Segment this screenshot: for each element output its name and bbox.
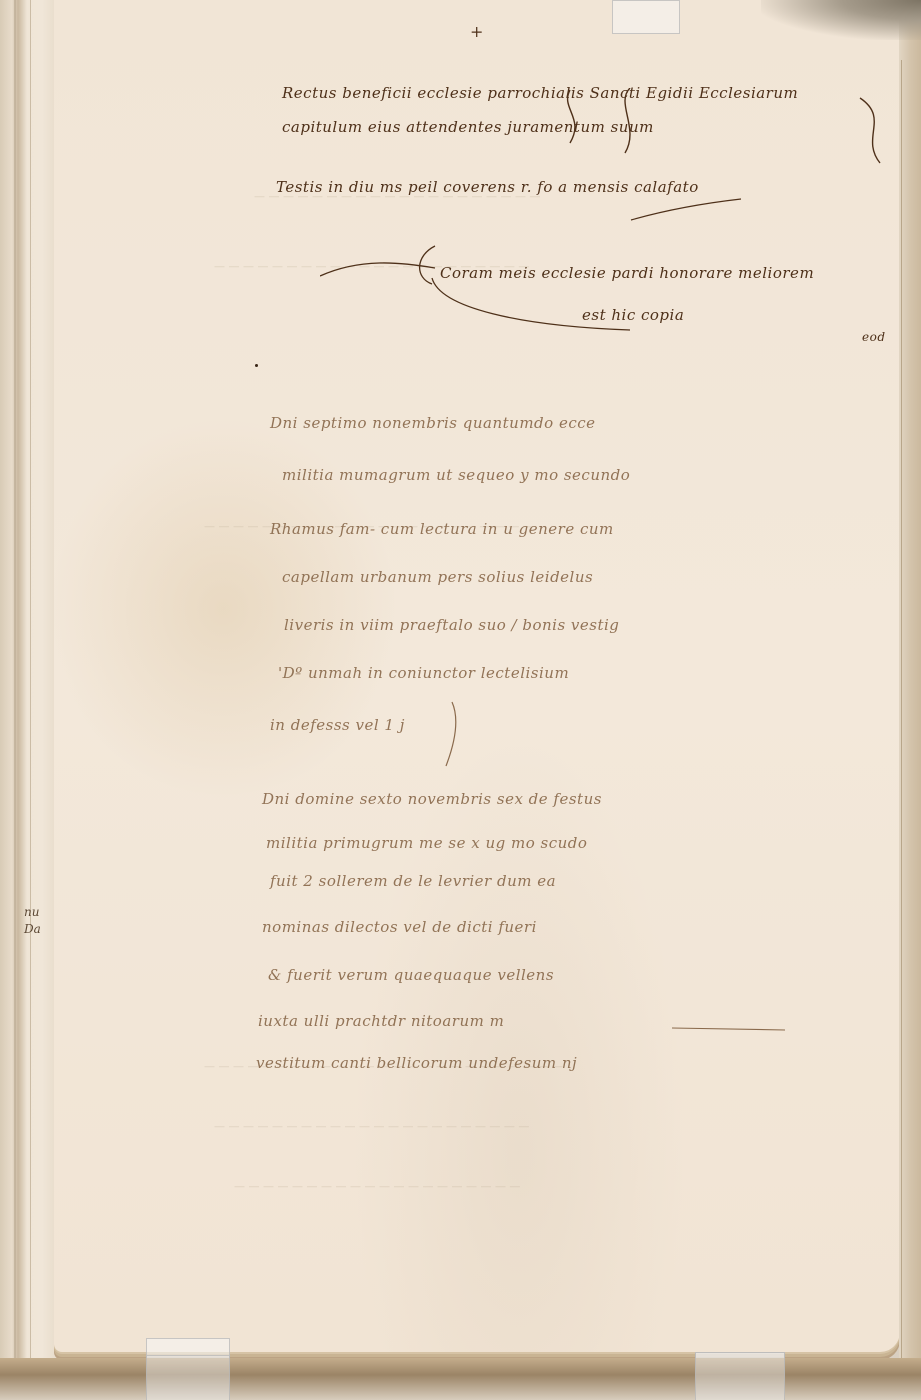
- cross-mark: +: [470, 22, 484, 41]
- bleed-through-text: — — — — — — — — — — — — — — — — — — — —: [234, 1180, 520, 1193]
- paragraph-2-line: vestitum canti bellicorum undefesum nj: [256, 1054, 577, 1072]
- paragraph-2-line: & fuerit verum quaequaque vellens: [268, 966, 554, 984]
- binding-line: [901, 60, 902, 1380]
- paragraph-1-line: militia mumagrum ut sequeo y mo secundo: [282, 466, 630, 484]
- descender-stroke: [440, 700, 470, 770]
- header-line: Testis in diu ms peil coverens r. fo a m…: [276, 178, 699, 196]
- page-edge-line: [14, 0, 16, 1400]
- bleed-through-text: — — — — — — — — — — — — — — — — — — — — …: [214, 1120, 529, 1133]
- margin-fragment: Da: [24, 922, 41, 936]
- transparent-tab-bottom-right: [695, 1352, 785, 1400]
- paragraph-2-line: fuit 2 sollerem de le levrier dum ea: [270, 872, 556, 890]
- paragraph-1-line: Rhamus fam- cum lectura in u genere cum: [270, 520, 614, 538]
- paragraph-2-line: militia primugrum me se x ug mo scudo: [266, 834, 587, 852]
- top-corner-shadow: [761, 0, 921, 40]
- line-filler-stroke: [670, 1018, 790, 1038]
- transparent-tab-bottom-left: [146, 1355, 230, 1400]
- paragraph-1-line: capellam urbanum pers solius leidelus: [282, 568, 593, 586]
- ink-dot: [255, 364, 258, 367]
- margin-fragment: nu: [24, 905, 39, 919]
- left-page-stack: [0, 0, 60, 1400]
- paragraph-1-line: Dni septimo nonembris quantumdo ecce: [270, 414, 596, 432]
- underline-flourish: [626, 195, 746, 225]
- paragraph-2-line: Dni domine sexto novembris sex de festus: [262, 790, 602, 808]
- right-binding-edge: [899, 0, 921, 1400]
- transparent-tab-top: [612, 0, 680, 34]
- paragraph-1-line: liveris in viim praeftalo suo / bonis ve…: [284, 616, 619, 634]
- margin-mark: eod: [862, 330, 886, 344]
- page-edge-line: [30, 0, 31, 1400]
- note-line: Coram meis ecclesie pardi honorare melio…: [440, 264, 814, 282]
- paragraph-1-line: 'Dº unmah in coniunctor lectelisium: [278, 664, 569, 682]
- paragraph-2-line: nominas dilectos vel de dicti fueri: [262, 918, 537, 936]
- paragraph-2-line: iuxta ulli prachtdr nitoarum m: [258, 1012, 504, 1030]
- brace-flourish: [560, 88, 890, 178]
- paragraph-1-line: in defesss vel 1 j: [270, 716, 405, 734]
- note-line: est hic copia: [582, 306, 684, 324]
